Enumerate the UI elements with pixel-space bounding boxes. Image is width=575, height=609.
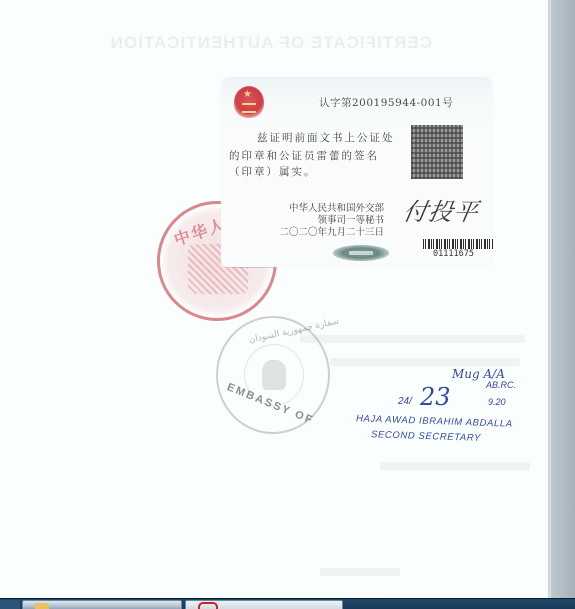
handwritten-title: SECOND SECRETARY (371, 429, 481, 444)
embassy-emblem-icon (262, 360, 286, 390)
ghost-text-line (320, 568, 400, 576)
folder-icon (35, 603, 49, 609)
barcode (423, 239, 493, 249)
certificate-body-line: 兹证明前面文书上公证处 (257, 130, 395, 145)
certificate-body-line: 的印章和公证员雷蕾的签名 (229, 148, 379, 163)
official-signature: 付投平 (401, 192, 482, 227)
certificate-body-line: （印章）属实。 (229, 164, 317, 179)
handwritten-date-prefix: 24/ (398, 396, 412, 407)
taskbar-button-pdf[interactable] (185, 600, 343, 609)
embassy-stamp: سفارة جمهورية السودان EMBASSY OF (216, 316, 330, 434)
national-emblem-icon (234, 86, 264, 118)
handwritten-name: HAJA AWAD IBRAHIM ABDALLA (356, 413, 513, 429)
authentication-certificate: 认字第200195944-001号 兹证明前面文书上公证处 的印章和公证员雷蕾的… (221, 77, 492, 267)
handwritten-date-day: 23 (420, 383, 451, 411)
handwritten-signature: Mug A/A (452, 367, 505, 381)
issue-date: 二〇二〇年九月二十三日 (279, 224, 384, 238)
taskbar (0, 598, 575, 609)
barcode-number: 01111675 (433, 249, 474, 259)
ghost-text-line (380, 462, 530, 470)
document-page: CERTIFICATE OF AUTHENTICATION 中华人民共和国公证处… (0, 0, 548, 598)
handwritten-initials: AB.RC. (486, 380, 516, 390)
ghost-text-line (300, 335, 525, 343)
qr-code (411, 125, 463, 179)
faint-title: CERTIFICATE OF AUTHENTICATION (162, 33, 432, 53)
taskbar-start-area[interactable] (0, 600, 20, 609)
security-seal (333, 245, 389, 261)
certificate-number: 认字第200195944-001号 (319, 95, 453, 110)
taskbar-button-explorer[interactable] (22, 600, 182, 609)
ghost-text-line (330, 358, 520, 366)
viewer-background (551, 0, 575, 598)
handwritten-date-suffix: 9.20 (488, 397, 506, 407)
pdf-icon (198, 602, 218, 609)
